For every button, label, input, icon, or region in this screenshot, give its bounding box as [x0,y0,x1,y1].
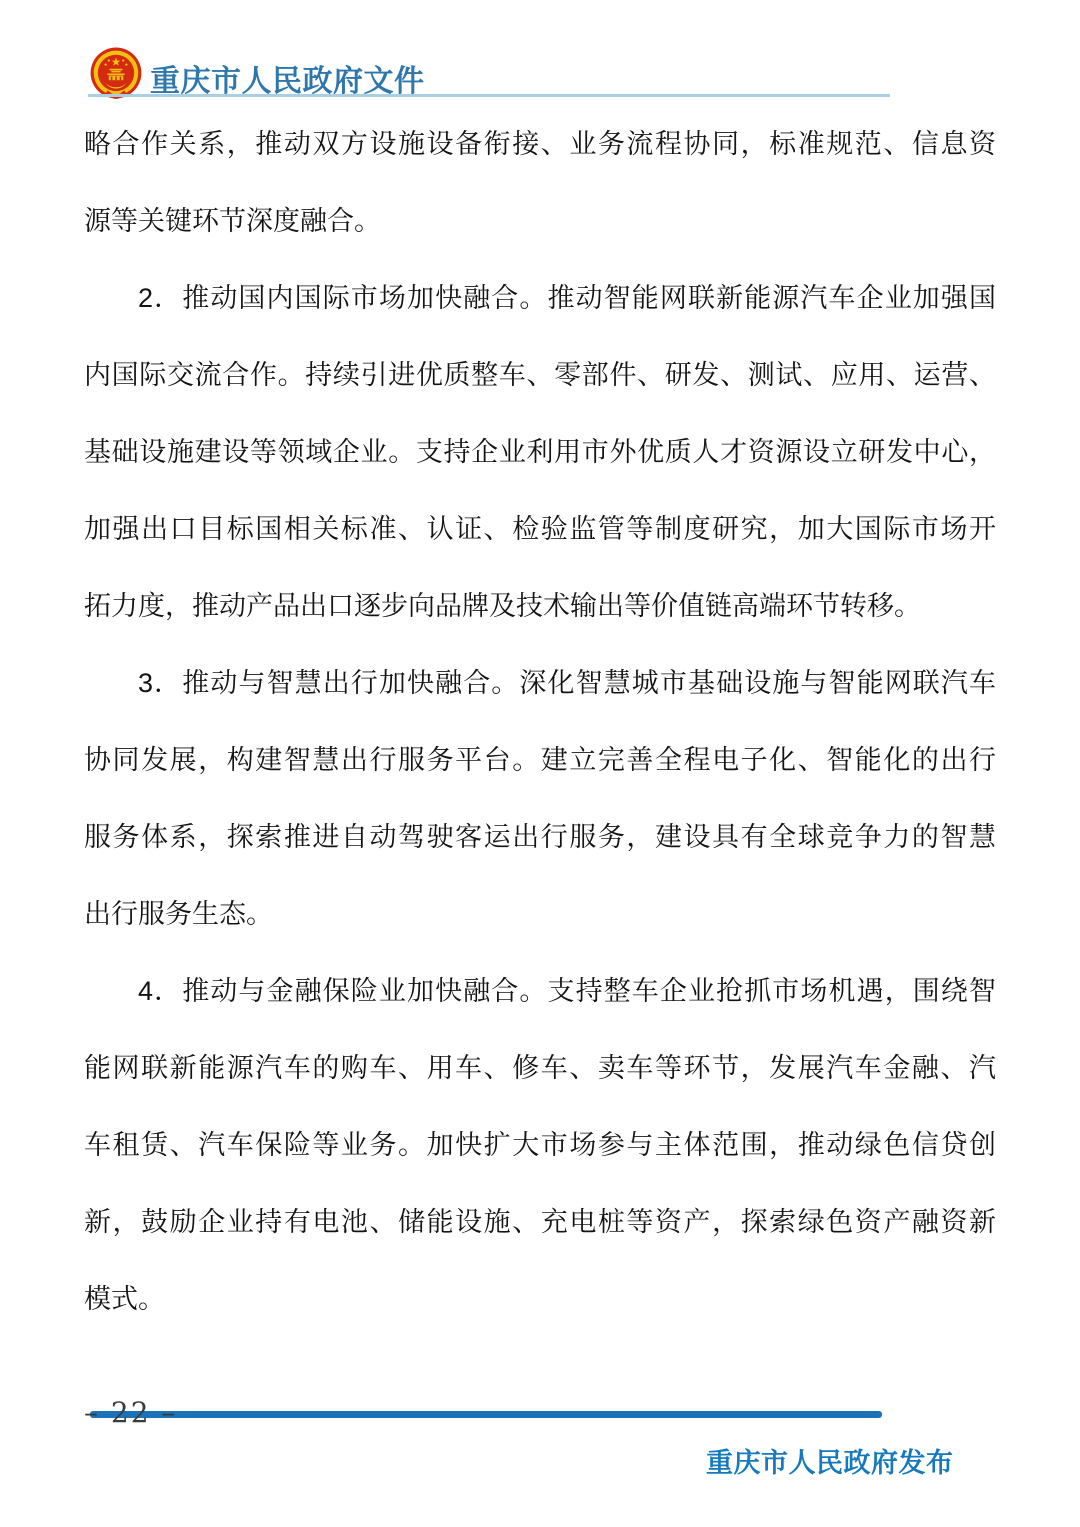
body-line: 2．推动国内国际市场加快融合。推动智能网联新能源汽车企业加强国 [84,260,996,337]
document-page: 重庆市人民政府文件 略合作关系，推动双方设施设备衔接、业务流程协同，标准规范、信… [0,0,1080,1527]
header-underline-rule [88,94,890,97]
body-line: 4．推动与金融保险业加快融合。支持整车企业抢抓市场机遇，围绕智 [84,953,996,1030]
body-line: 出行服务生态。 [84,876,996,953]
body-line: 加强出口目标国相关标准、认证、检验监管等制度研究，加大国际市场开 [84,491,996,568]
body-line: 能网联新能源汽车的购车、用车、修车、卖车等环节，发展汽车金融、汽 [84,1030,996,1107]
footer-rule [90,1411,882,1418]
page-number: – 22 – [84,1396,177,1429]
body-line: 基础设施建设等领域企业。支持企业利用市外优质人才资源设立研发中心， [84,414,996,491]
body-text: 略合作关系，推动双方设施设备衔接、业务流程协同，标准规范、信息资源等关键环节深度… [84,106,996,1338]
body-line: 略合作关系，推动双方设施设备衔接、业务流程协同，标准规范、信息资 [84,106,996,183]
body-line: 拓力度，推动产品出口逐步向品牌及技术输出等价值链高端环节转移。 [84,568,996,645]
body-line: 新，鼓励企业持有电池、储能设施、充电桩等资产，探索绿色资产融资新 [84,1184,996,1261]
body-line: 协同发展，构建智慧出行服务平台。建立完善全程电子化、智能化的出行 [84,722,996,799]
body-line: 模式。 [84,1261,996,1338]
body-line: 内国际交流合作。持续引进优质整车、零部件、研发、测试、应用、运营、 [84,337,996,414]
body-line: 服务体系，探索推进自动驾驶客运出行服务，建设具有全球竞争力的智慧 [84,799,996,876]
body-line: 车租赁、汽车保险等业务。加快扩大市场参与主体范围，推动绿色信贷创 [84,1107,996,1184]
body-line: 3．推动与智慧出行加快融合。深化智慧城市基础设施与智能网联汽车 [84,645,996,722]
publisher-label: 重庆市人民政府发布 [706,1441,954,1480]
body-line: 源等关键环节深度融合。 [84,183,996,260]
